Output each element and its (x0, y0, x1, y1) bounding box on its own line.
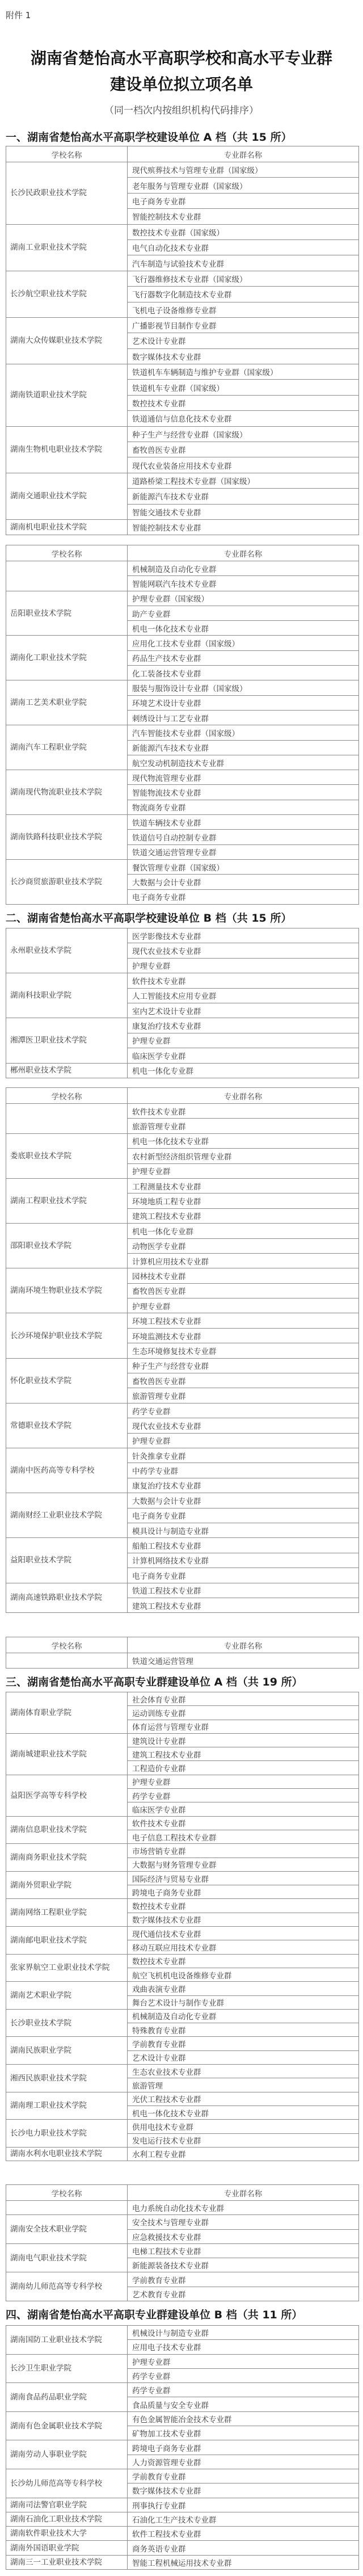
column-header-school: 学校名称 (6, 146, 128, 162)
major-group-cell: 矿物加工技术专业群 (128, 2426, 359, 2440)
major-group-cell: 药品生产技术专业群 (128, 650, 359, 665)
school-name-cell: 湖南高速铁路职业技术学院 (6, 1583, 128, 1613)
table-row: 湖南生物机电职业技术学院种子生产与经营专业群（国家级） (6, 426, 359, 442)
school-name-cell: 长沙卫生职业学院 (6, 2354, 128, 2383)
table-row: 湖南网络工程职业学院数控技术专业群 (6, 1899, 359, 1913)
major-group-cell: 建筑工程技术专业群 (128, 1598, 359, 1612)
table-row: 湖南幼儿师范高等专科学校学前教育专业群 (6, 2272, 359, 2287)
major-group-cell: 商务英语专业群 (128, 2541, 359, 2555)
school-name-cell: 湖南铁路科技职业技术学院 (6, 815, 128, 860)
school-name-cell: 湖南电气职业技术学院 (6, 2243, 128, 2272)
school-name-cell: 湖南环境生物职业技术学院 (6, 1268, 128, 1313)
school-name-cell: 长沙环境保护职业技术学院 (6, 1313, 128, 1358)
major-group-cell: 数控技术专业群（国家级） (128, 224, 359, 239)
table-header-row: 学校名称专业群名称 (6, 1637, 359, 1653)
major-group-cell: 计算机应用技术专业群 (128, 1253, 359, 1268)
major-group-cell: 智能控制技术专业群 (128, 519, 359, 535)
school-name-cell: 湖南食品药品职业学院 (6, 2383, 128, 2412)
table-row: 长沙电力职业技术学院供用电技术专业群 (6, 2120, 359, 2133)
major-group-cell: 动物医学专业群 (128, 1238, 359, 1253)
school-table: 学校名称专业群名称长沙民政职业技术学院现代殡葬技术与管理专业群（国家级）老年服务… (6, 146, 359, 535)
table-row: 郴州职业技术学院机电一体化专业群 (6, 1063, 359, 1078)
major-group-cell: 航空发动机制造技术专业群 (128, 755, 359, 770)
school-name-cell (6, 561, 128, 591)
major-group-cell: 建筑工程技术专业群 (128, 1208, 359, 1223)
school-name-cell: 长沙航空职业技术学院 (6, 271, 128, 317)
table-row: 湖南电气职业技术学院电梯工程技术专业群 (6, 2243, 359, 2258)
school-name-cell: 湖南劳动人事职业学院 (6, 2440, 128, 2469)
table-row: 湖南铁路科技职业技术学院铁道车辆技术专业群 (6, 815, 359, 830)
major-group-cell: 智能控制技术专业群 (128, 209, 359, 224)
column-header-major: 专业群名称 (128, 1088, 359, 1104)
major-group-cell: 电子信息工程技术专业群 (128, 1830, 359, 1843)
table-row: 湖南化工职业技术学院应用化工技术专业群（国家级） (6, 636, 359, 650)
school-name-cell: 湖南工业职业技术学院 (6, 224, 128, 271)
school-name-cell: 湖南民族职业学院 (6, 2037, 128, 2065)
school-name-cell: 湖南软件职业技术大学 (6, 2527, 128, 2541)
school-table: 学校名称专业群名称电力系统自动化技术专业群湖南安全技术职业学院安全技术与管理专业… (6, 2184, 359, 2301)
school-name-cell: 邵阳职业技术学院 (6, 1224, 128, 1268)
major-group-cell: 飞行器数字化制造技术专业群 (128, 287, 359, 302)
school-name-cell: 湖南石油化工职业技术学院 (6, 2512, 128, 2526)
major-group-cell: 智能网联汽车技术专业群 (128, 576, 359, 591)
major-group-cell: 模具设计与制造专业群 (128, 1523, 359, 1537)
school-name-cell: 湖南艺术职业学院 (6, 1982, 128, 2010)
school-name-cell: 湖南幼儿师范高等专科学校 (6, 2272, 128, 2301)
column-header-school: 学校名称 (6, 1637, 128, 1653)
major-group-cell: 畜牧兽医专业群 (128, 442, 359, 457)
table-row: 湖南铁道职业技术学院铁道机车车辆制造与维护专业群（国家级） (6, 364, 359, 380)
major-group-cell: 中药学专业群 (128, 1463, 359, 1478)
major-group-cell: 刺绣设计与工艺专业群 (128, 710, 359, 725)
school-name-cell: 湖南外国语职业学院 (6, 2541, 128, 2555)
major-group-cell: 应急救援技术专业群 (128, 2229, 359, 2243)
major-group-cell: 现代通信技术专业群 (128, 1927, 359, 1940)
major-group-cell: 建筑设计专业群 (128, 1733, 359, 1747)
major-group-cell: 体育运营与管理专业群 (128, 1720, 359, 1733)
school-name-cell: 郴州职业技术学院 (6, 1063, 128, 1078)
major-group-cell: 数控技术专业群 (128, 1899, 359, 1913)
table-header-row: 学校名称专业群名称 (6, 146, 359, 162)
column-header-school: 学校名称 (6, 545, 128, 561)
table-row: 湖南水利水电职业技术学院水利工程专业群 (6, 2147, 359, 2161)
major-group-cell: 服装与服饰设计专业群（国家级） (128, 680, 359, 695)
school-name-cell: 湖南城建职业技术学院 (6, 1733, 128, 1775)
table-row: 益阳职业技术学院船舶工程技术专业群 (6, 1538, 359, 1553)
major-group-cell: 光伏工程技术专业群 (128, 2092, 359, 2106)
table-row: 湖南理工职业技术学院光伏工程技术专业群 (6, 2092, 359, 2106)
major-group-cell: 铁道交通运营管理 (128, 1653, 359, 1669)
major-group-cell: 学前教育专业群 (128, 2469, 359, 2483)
major-group-cell: 汽车制造与试验技术专业群 (128, 255, 359, 271)
school-name-cell (6, 1653, 128, 1669)
major-group-cell: 针灸推拿专业群 (128, 1448, 359, 1463)
table-row: 张家界航空工业职业技术学院数控技术专业群 (6, 1954, 359, 1968)
school-name-cell: 湘潭医卫职业技术学院 (6, 1018, 128, 1063)
major-group-cell: 智能工程机械运用技术专业群 (128, 2555, 359, 2569)
school-table: 学校名称专业群名称铁道交通运营管理 (6, 1637, 359, 1669)
table-row: 湖南软件职业技术大学软件工程技术专业群 (6, 2527, 359, 2541)
school-name-cell: 湖南化工职业技术学院 (6, 636, 128, 680)
major-group-cell: 铁道信号自动控制专业群 (128, 830, 359, 844)
table-header-row: 学校名称专业群名称 (6, 545, 359, 561)
table-row: 湖南商务职业技术学院市场营销专业群 (6, 1844, 359, 1858)
school-name-cell: 长沙幼儿师范高等专科学校 (6, 2469, 128, 2498)
major-group-cell: 戏曲表演专业群 (128, 1982, 359, 1995)
major-group-cell: 化工装备技术专业群 (128, 666, 359, 680)
major-group-cell: 护理专业群 (128, 1163, 359, 1178)
school-name-cell: 湖南生物机电职业技术学院 (6, 426, 128, 473)
table-row: 湖南三一工业职业技术学院智能工程机械运用技术专业群 (6, 2555, 359, 2569)
major-group-cell: 铁道车辆技术专业群 (128, 815, 359, 830)
major-group-cell: 供用电技术专业群 (128, 2120, 359, 2133)
school-name-cell: 湖南机电职业技术学院 (6, 519, 128, 535)
school-table: 永州职业技术学院医学影像技术专业群现代农业技术专业群护理专业群湖南科技职业学院软… (6, 928, 359, 1078)
major-group-cell: 船舶工程技术专业群 (128, 1538, 359, 1553)
table-row: 软件技术专业群 (6, 1104, 359, 1119)
major-group-cell: 护理专业群 (128, 1298, 359, 1313)
section-heading-4: 四、湖南省楚怡高水平高职专业群建设单位 B 档（共 11 所） (6, 2308, 302, 2322)
table-row: 长沙航空职业技术学院飞行器维修技术专业群（国家级） (6, 271, 359, 286)
school-name-cell: 娄底职业技术学院 (6, 1133, 128, 1178)
table-row: 湖南工艺美术职业学院服装与服饰设计专业群（国家级） (6, 680, 359, 695)
school-name-cell (6, 1104, 128, 1134)
major-group-cell: 汽车智能技术专业群（国家级） (128, 725, 359, 740)
table-row: 湖南工程职业技术学院工程测量技术专业群 (6, 1178, 359, 1193)
table-row: 湖南信息职业技术学院软件技术专业群 (6, 1816, 359, 1830)
major-group-cell: 农村新型经济组织管理专业群 (128, 1149, 359, 1163)
school-name-cell: 湖南国防工业职业技术学院 (6, 2326, 128, 2355)
major-group-cell: 运动训练专业群 (128, 1706, 359, 1720)
table-row: 机械制造及自动化专业群 (6, 561, 359, 576)
major-group-cell: 园林技术专业群 (128, 1268, 359, 1283)
major-group-cell: 护理专业群 (128, 958, 359, 973)
major-group-cell: 机械制造及自动化专业群 (128, 561, 359, 576)
major-group-cell: 智能交通技术专业群 (128, 504, 359, 519)
school-name-cell: 湖南大众传媒职业技术学院 (6, 317, 128, 364)
major-group-cell: 旅游管理专业群 (128, 1388, 359, 1403)
school-name-cell: 湖南司法警官职业学院 (6, 2498, 128, 2512)
school-name-cell: 湖南邮电职业技术学院 (6, 1927, 128, 1955)
major-group-cell: 电梯工程技术专业群 (128, 2243, 359, 2258)
major-group-cell: 智能物流技术专业群 (128, 785, 359, 800)
table-row: 岳阳职业技术学院护理专业群（国家级） (6, 591, 359, 606)
school-name-cell: 湖南外贸职业学院 (6, 1871, 128, 1899)
major-group-cell: 铁道工程技术专业群 (128, 1583, 359, 1598)
major-group-cell: 应用电子技术专业群 (128, 2340, 359, 2354)
school-name-cell: 岳阳职业技术学院 (6, 591, 128, 636)
major-group-cell: 机械设计与制造专业群 (128, 2326, 359, 2340)
school-name-cell: 张家界航空工业职业技术学院 (6, 1954, 128, 1982)
school-name-cell: 湖南中医药高等专科学校 (6, 1448, 128, 1493)
table-row: 长沙职业技术学院机械制造及自动化专业群 (6, 2009, 359, 2023)
major-group-cell: 现代农业技术专业群 (128, 1418, 359, 1433)
major-group-cell: 发电运行技术专业群 (128, 2133, 359, 2147)
school-name-cell: 长沙民政职业技术学院 (6, 162, 128, 225)
major-group-cell: 艺术教育专业群 (128, 2287, 359, 2301)
major-group-cell: 护理专业群（国家级） (128, 591, 359, 606)
table-header-row: 学校名称专业群名称 (6, 2185, 359, 2201)
school-name-cell: 湖南铁道职业技术学院 (6, 364, 128, 427)
major-group-cell: 新能源汽车技术专业群 (128, 489, 359, 504)
major-group-cell: 现代物流管理专业群 (128, 770, 359, 785)
school-table: 学校名称专业群名称软件技术专业群旅游管理专业群娄底职业技术学院机电一体化技术专业… (6, 1087, 359, 1613)
major-group-cell: 机电一体化专业群 (128, 1063, 359, 1078)
major-group-cell: 大数据与会计专业群 (128, 1493, 359, 1508)
school-name-cell: 湖南商务职业技术学院 (6, 1844, 128, 1872)
major-group-cell: 软件工程技术专业群 (128, 2527, 359, 2541)
table-row: 益阳医学高等专科学校护理专业群 (6, 1775, 359, 1788)
major-group-cell: 机械制造及自动化专业群 (128, 2009, 359, 2023)
table-row: 湘潭医卫职业技术学院康复治疗技术专业群 (6, 1018, 359, 1033)
table-row: 湖南高速铁路职业技术学院铁道工程技术专业群 (6, 1583, 359, 1598)
major-group-cell: 电子商务专业群 (128, 193, 359, 208)
major-group-cell: 大数据与会计专业群 (128, 875, 359, 889)
major-group-cell: 机电一体化技术专业群 (128, 621, 359, 636)
school-name-cell: 湖南网络工程职业学院 (6, 1899, 128, 1927)
major-group-cell: 数字媒体技术专业群 (128, 2483, 359, 2498)
table-row: 湖南现代物流职业技术学院现代物流管理专业群 (6, 770, 359, 785)
attachment-label: 附件 1 (6, 9, 31, 21)
major-group-cell: 室内艺术设计专业群 (128, 1003, 359, 1018)
major-group-cell: 旅游管理专业群 (128, 1119, 359, 1133)
column-header-school: 学校名称 (6, 2185, 128, 2201)
major-group-cell: 艺术设计专业群 (128, 2050, 359, 2064)
major-group-cell: 学前教育专业群 (128, 2037, 359, 2050)
page-title-line-1: 湖南省楚怡高水平高职学校和高水平专业群 (0, 48, 363, 69)
table-row: 娄底职业技术学院机电一体化技术专业群 (6, 1133, 359, 1148)
major-group-cell: 生态环境修复技术专业群 (128, 1343, 359, 1358)
school-name-cell: 湖南有色金属职业技术学院 (6, 2411, 128, 2440)
major-group-cell: 航空飞机机电设备维修专业群 (128, 1968, 359, 1981)
major-group-cell: 药学专业群 (128, 1403, 359, 1418)
school-table: 湖南国防工业职业技术学院机械设计与制造专业群应用电子技术专业群长沙卫生职业学院护… (6, 2325, 359, 2570)
major-group-cell: 餐饮管理专业群（国家级） (128, 859, 359, 874)
school-name-cell: 湘西民族职业技术学院 (6, 2065, 128, 2092)
major-group-cell: 计算机网络技术专业群 (128, 1553, 359, 1568)
major-group-cell: 软件技术专业群 (128, 1104, 359, 1119)
major-group-cell: 工程造价专业群 (128, 1761, 359, 1775)
major-group-cell: 电子商务专业群 (128, 889, 359, 904)
major-group-cell: 有色金属智能冶金技术专业群 (128, 2411, 359, 2426)
major-group-cell: 电子商务专业群 (128, 1568, 359, 1583)
major-group-cell: 护理专业群 (128, 1433, 359, 1448)
major-group-cell: 机电一体化专业群 (128, 1224, 359, 1238)
major-group-cell: 人工智能技术应用专业群 (128, 988, 359, 1003)
major-group-cell: 铁道机车车辆制造与维护专业群（国家级） (128, 364, 359, 380)
school-name-cell: 湖南交通职业技术学院 (6, 473, 128, 519)
major-group-cell: 社会体育专业群 (128, 1692, 359, 1706)
column-header-major: 专业群名称 (128, 146, 359, 162)
table-row: 湖南外贸职业学院国际经济与贸易专业群 (6, 1871, 359, 1885)
table-row: 湖南民族职业学院学前教育专业群 (6, 2037, 359, 2050)
table-row: 湖南城建职业技术学院建筑设计专业群 (6, 1733, 359, 1747)
major-group-cell: 应用化工技术专业群（国家级） (128, 636, 359, 650)
major-group-cell: 跨境电子商务专业群 (128, 1885, 359, 1899)
major-group-cell: 跨境电子商务专业群 (128, 2440, 359, 2455)
table-row: 湖南外国语职业学院商务英语专业群 (6, 2541, 359, 2555)
major-group-cell: 机电一体化技术专业群 (128, 1133, 359, 1148)
table-row: 长沙幼儿师范高等专科学校学前教育专业群 (6, 2469, 359, 2483)
school-name-cell: 怀化职业技术学院 (6, 1358, 128, 1403)
table-row: 永州职业技术学院医学影像技术专业群 (6, 928, 359, 943)
major-group-cell: 物流商务专业群 (128, 800, 359, 814)
major-group-cell: 环境监测技术专业群 (128, 1328, 359, 1343)
table-row: 湖南工业职业技术学院数控技术专业群（国家级） (6, 224, 359, 239)
major-group-cell: 医学影像技术专业群 (128, 928, 359, 943)
table-row: 湖南体育职业学院社会体育专业群 (6, 1692, 359, 1706)
major-group-cell: 新能源汽车技术专业群 (128, 740, 359, 755)
major-group-cell: 数控技术专业群 (128, 1954, 359, 1968)
table-row: 邵阳职业技术学院机电一体化专业群 (6, 1224, 359, 1238)
major-group-cell: 工程测量技术专业群 (128, 1178, 359, 1193)
major-group-cell: 药学专业群 (128, 1789, 359, 1802)
school-name-cell: 湖南汽车工程职业学院 (6, 725, 128, 770)
major-group-cell: 电力系统自动化技术专业群 (128, 2201, 359, 2215)
major-group-cell: 旅游管理 (128, 2078, 359, 2092)
major-group-cell: 临床医学专业群 (128, 1048, 359, 1063)
column-header-major: 专业群名称 (128, 545, 359, 561)
major-group-cell: 老年服务与管理专业群（国家级） (128, 178, 359, 193)
school-name-cell: 益阳职业技术学院 (6, 1538, 128, 1583)
table-row: 湖南艺术职业学院戏曲表演专业群 (6, 1982, 359, 1995)
major-group-cell: 舞台艺术设计与制作专业群 (128, 1995, 359, 2009)
table-row: 铁道交通运营管理 (6, 1653, 359, 1669)
major-group-cell: 电气自动化技术专业群 (128, 239, 359, 255)
table-row: 湖南中医药高等专科学校针灸推拿专业群 (6, 1448, 359, 1463)
major-group-cell: 数字媒体技术专业群 (128, 348, 359, 364)
major-group-cell: 现代农业技术专业群 (128, 943, 359, 958)
section-heading-3: 三、湖南省楚怡高水平高职专业群建设单位 A 档（共 19 所） (6, 1675, 303, 1690)
major-group-cell: 机电一体化技术专业群 (128, 2106, 359, 2119)
school-name-cell: 湖南信息职业技术学院 (6, 1816, 128, 1844)
table-row: 湖南邮电职业技术学院现代通信技术专业群 (6, 1927, 359, 1940)
major-group-cell: 新能源装备技术专业群 (128, 2258, 359, 2272)
major-group-cell: 国际经济与贸易专业群 (128, 1871, 359, 1885)
table-row: 湖南机电职业技术学院智能控制技术专业群 (6, 519, 359, 535)
major-group-cell: 软件技术专业群 (128, 1816, 359, 1830)
major-group-cell: 护理专业群 (128, 2354, 359, 2368)
table-row: 湖南劳动人事职业学院跨境电子商务专业群 (6, 2440, 359, 2455)
school-name-cell: 湖南体育职业学院 (6, 1692, 128, 1734)
section-heading-2: 二、湖南省楚怡高水平高职学校建设单位 B 档（共 15 所） (6, 911, 292, 926)
major-group-cell: 畜牧兽医专业群 (128, 1373, 359, 1388)
school-name-cell: 湖南现代物流职业技术学院 (6, 770, 128, 815)
school-name-cell: 长沙电力职业技术学院 (6, 2120, 128, 2148)
school-table: 学校名称专业群名称机械制造及自动化专业群智能网联汽车技术专业群岳阳职业技术学院护… (6, 545, 359, 905)
major-group-cell: 石油化工生产技术专业群 (128, 2512, 359, 2526)
column-header-major: 专业群名称 (128, 2185, 359, 2201)
major-group-cell: 数控技术专业群 (128, 395, 359, 410)
table-row: 湖南大众传媒职业技术学院广播影视节目制作专业群 (6, 317, 359, 333)
school-name-cell: 湖南三一工业职业技术学院 (6, 2555, 128, 2569)
major-group-cell: 飞机电子设备维修专业群 (128, 302, 359, 317)
table-row: 湖南石油化工职业技术学院石油化工生产技术专业群 (6, 2512, 359, 2526)
school-name-cell: 永州职业技术学院 (6, 928, 128, 973)
table-row: 湖南食品药品职业学院药学专业群 (6, 2383, 359, 2397)
major-group-cell: 铁道通信与信息化技术专业群 (128, 411, 359, 426)
school-name-cell: 湖南科技职业学院 (6, 973, 128, 1018)
major-group-cell: 铁道机车专业群（国家级） (128, 380, 359, 395)
table-row: 长沙环境保护职业技术学院环境工程技术专业群 (6, 1313, 359, 1328)
major-group-cell: 人力资源管理专业群 (128, 2455, 359, 2469)
school-name-cell: 益阳医学高等专科学校 (6, 1775, 128, 1816)
major-group-cell: 安全技术与管理专业群 (128, 2215, 359, 2229)
major-group-cell: 护理专业群 (128, 1033, 359, 1048)
table-row: 湖南科技职业学院软件技术专业群 (6, 973, 359, 988)
major-group-cell: 水利工程专业群 (128, 2147, 359, 2161)
major-group-cell: 道路桥梁工程技术专业群（国家级） (128, 473, 359, 488)
table-row: 长沙民政职业技术学院现代殡葬技术与管理专业群（国家级） (6, 162, 359, 178)
major-group-cell: 助产专业群 (128, 606, 359, 620)
table-row: 湖南环境生物职业技术学院园林技术专业群 (6, 1268, 359, 1283)
major-group-cell: 护理专业群 (128, 1775, 359, 1788)
school-name-cell: 湖南工艺美术职业学院 (6, 680, 128, 725)
table-row: 湖南国防工业职业技术学院机械设计与制造专业群 (6, 2326, 359, 2340)
school-name-cell: 湖南水利水电职业技术学院 (6, 2147, 128, 2161)
major-group-cell: 现代农业装备应用技术专业群 (128, 457, 359, 473)
major-group-cell: 软件技术专业群 (128, 973, 359, 988)
major-group-cell: 生态农业技术专业群 (128, 2065, 359, 2078)
school-name-cell: 长沙商贸旅游职业技术学院 (6, 859, 128, 904)
major-group-cell: 数字媒体技术专业群 (128, 1913, 359, 1926)
school-name-cell: 湖南安全技术职业学院 (6, 2215, 128, 2244)
table-row: 电力系统自动化技术专业群 (6, 2201, 359, 2215)
school-name-cell: 湖南理工职业技术学院 (6, 2092, 128, 2120)
page-subtitle: （同一档次内按组织机构代码排序） (0, 104, 363, 117)
major-group-cell: 刑事执行专业群 (128, 2498, 359, 2512)
table-row: 常德职业技术学院药学专业群 (6, 1403, 359, 1418)
major-group-cell: 建筑工程技术专业群 (128, 1747, 359, 1761)
major-group-cell: 广播影视节目制作专业群 (128, 317, 359, 333)
school-name-cell: 常德职业技术学院 (6, 1403, 128, 1448)
major-group-cell: 特殊教育专业群 (128, 2023, 359, 2037)
table-row: 湘西民族职业技术学院生态农业技术专业群 (6, 2065, 359, 2078)
page-title-line-2: 建设单位拟立项名单 (0, 74, 363, 95)
table-row: 湖南汽车工程职业学院汽车智能技术专业群（国家级） (6, 725, 359, 740)
table-row: 湖南司法警官职业学院刑事执行专业群 (6, 2498, 359, 2512)
major-group-cell: 环境工程技术专业群 (128, 1313, 359, 1328)
table-row: 湖南财经工业职业技术学院大数据与会计专业群 (6, 1493, 359, 1508)
major-group-cell: 康复治疗技术专业群 (128, 1478, 359, 1493)
major-group-cell: 食品质量与安全专业群 (128, 2397, 359, 2411)
major-group-cell: 药学专业群 (128, 2368, 359, 2382)
table-row: 湖南交通职业技术学院道路桥梁工程技术专业群（国家级） (6, 473, 359, 488)
school-name-cell: 湖南工程职业技术学院 (6, 1178, 128, 1223)
major-group-cell: 市场营销专业群 (128, 1844, 359, 1858)
major-group-cell: 环境艺术设计专业群 (128, 695, 359, 710)
major-group-cell: 学前教育专业群 (128, 2272, 359, 2287)
major-group-cell: 种子生产与经营专业群 (128, 1358, 359, 1373)
major-group-cell: 康复治疗技术专业群 (128, 1018, 359, 1033)
school-table: 湖南体育职业学院社会体育专业群运动训练专业群体育运营与管理专业群湖南城建职业技术… (6, 1692, 359, 2161)
table-row: 湖南安全技术职业学院安全技术与管理专业群 (6, 2215, 359, 2229)
major-group-cell: 畜牧兽医专业群 (128, 1283, 359, 1298)
major-group-cell: 药学专业群 (128, 2383, 359, 2397)
major-group-cell: 环境地质工程专业群 (128, 1194, 359, 1208)
major-group-cell: 飞行器维修技术专业群（国家级） (128, 271, 359, 286)
school-name-cell (6, 2201, 128, 2215)
major-group-cell: 电子商务专业群 (128, 1508, 359, 1523)
table-row: 长沙商贸旅游职业技术学院餐饮管理专业群（国家级） (6, 859, 359, 874)
table-row: 湖南有色金属职业技术学院有色金属智能冶金技术专业群 (6, 2411, 359, 2426)
table-row: 长沙卫生职业学院护理专业群 (6, 2354, 359, 2368)
major-group-cell: 大数据与财务管理专业群 (128, 1858, 359, 1871)
major-group-cell: 现代殡葬技术与管理专业群（国家级） (128, 162, 359, 178)
table-row: 怀化职业技术学院种子生产与经营专业群 (6, 1358, 359, 1373)
major-group-cell: 艺术设计专业群 (128, 333, 359, 348)
major-group-cell: 种子生产与经营专业群（国家级） (128, 426, 359, 442)
